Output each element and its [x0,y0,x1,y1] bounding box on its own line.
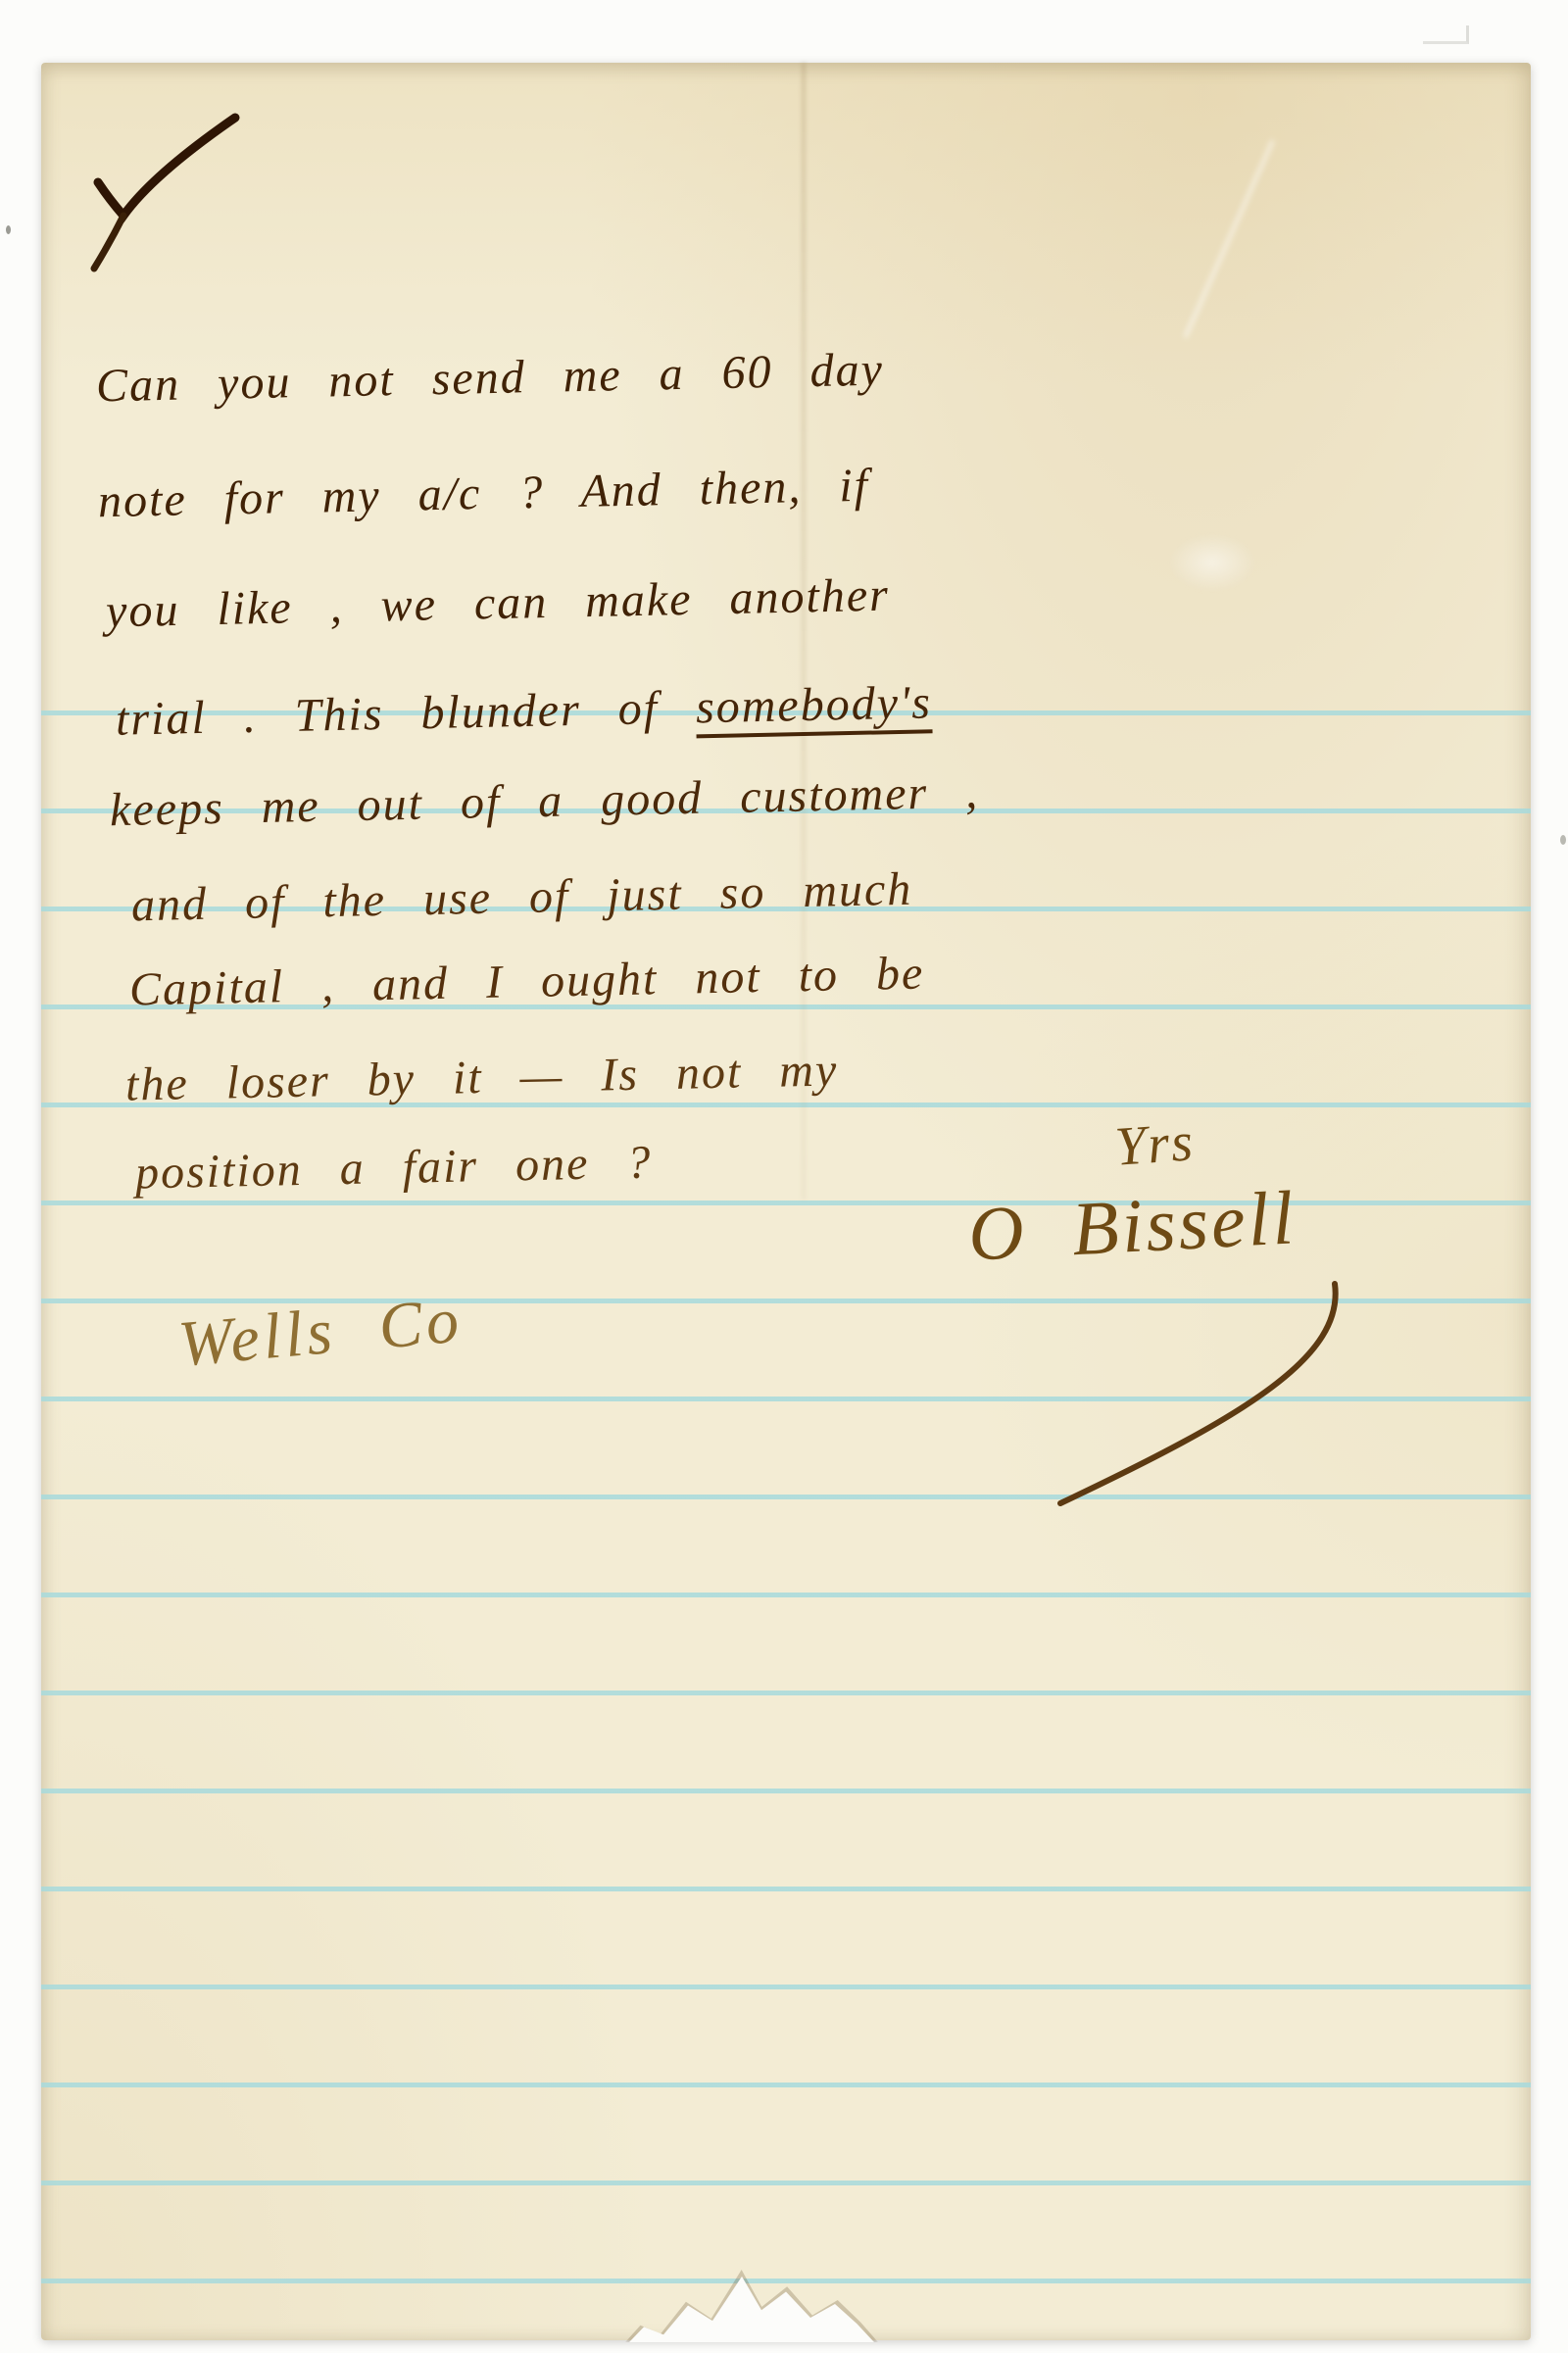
underlined-word: somebody's [695,676,932,738]
scan-speck [6,225,11,234]
page-corner-mark [1423,25,1469,44]
letter-paper: Can you not send me a 60 day note for my… [41,63,1531,2340]
handwritten-line: you like , we can make another [106,568,891,639]
valediction: Yrs [1113,1110,1197,1178]
line-text: trial . This blunder of [116,681,697,745]
paper-crease [1168,533,1256,592]
scan-background: Can you not send me a 60 day note for my… [0,0,1568,2353]
vertical-fold-crease [802,63,806,1200]
handwritten-line: Can you not send me a 60 day [96,343,885,414]
handwritten-line: trial . This blunder of somebody's [116,675,933,746]
check-mark-icon [80,106,257,292]
handwritten-line: note for my a/c ? And then, if [98,459,870,528]
handwritten-line: position a fair one ? [134,1135,652,1200]
scan-speck [1560,835,1566,845]
signature-flourish [923,1190,1374,1523]
corner-crease [1183,140,1274,339]
